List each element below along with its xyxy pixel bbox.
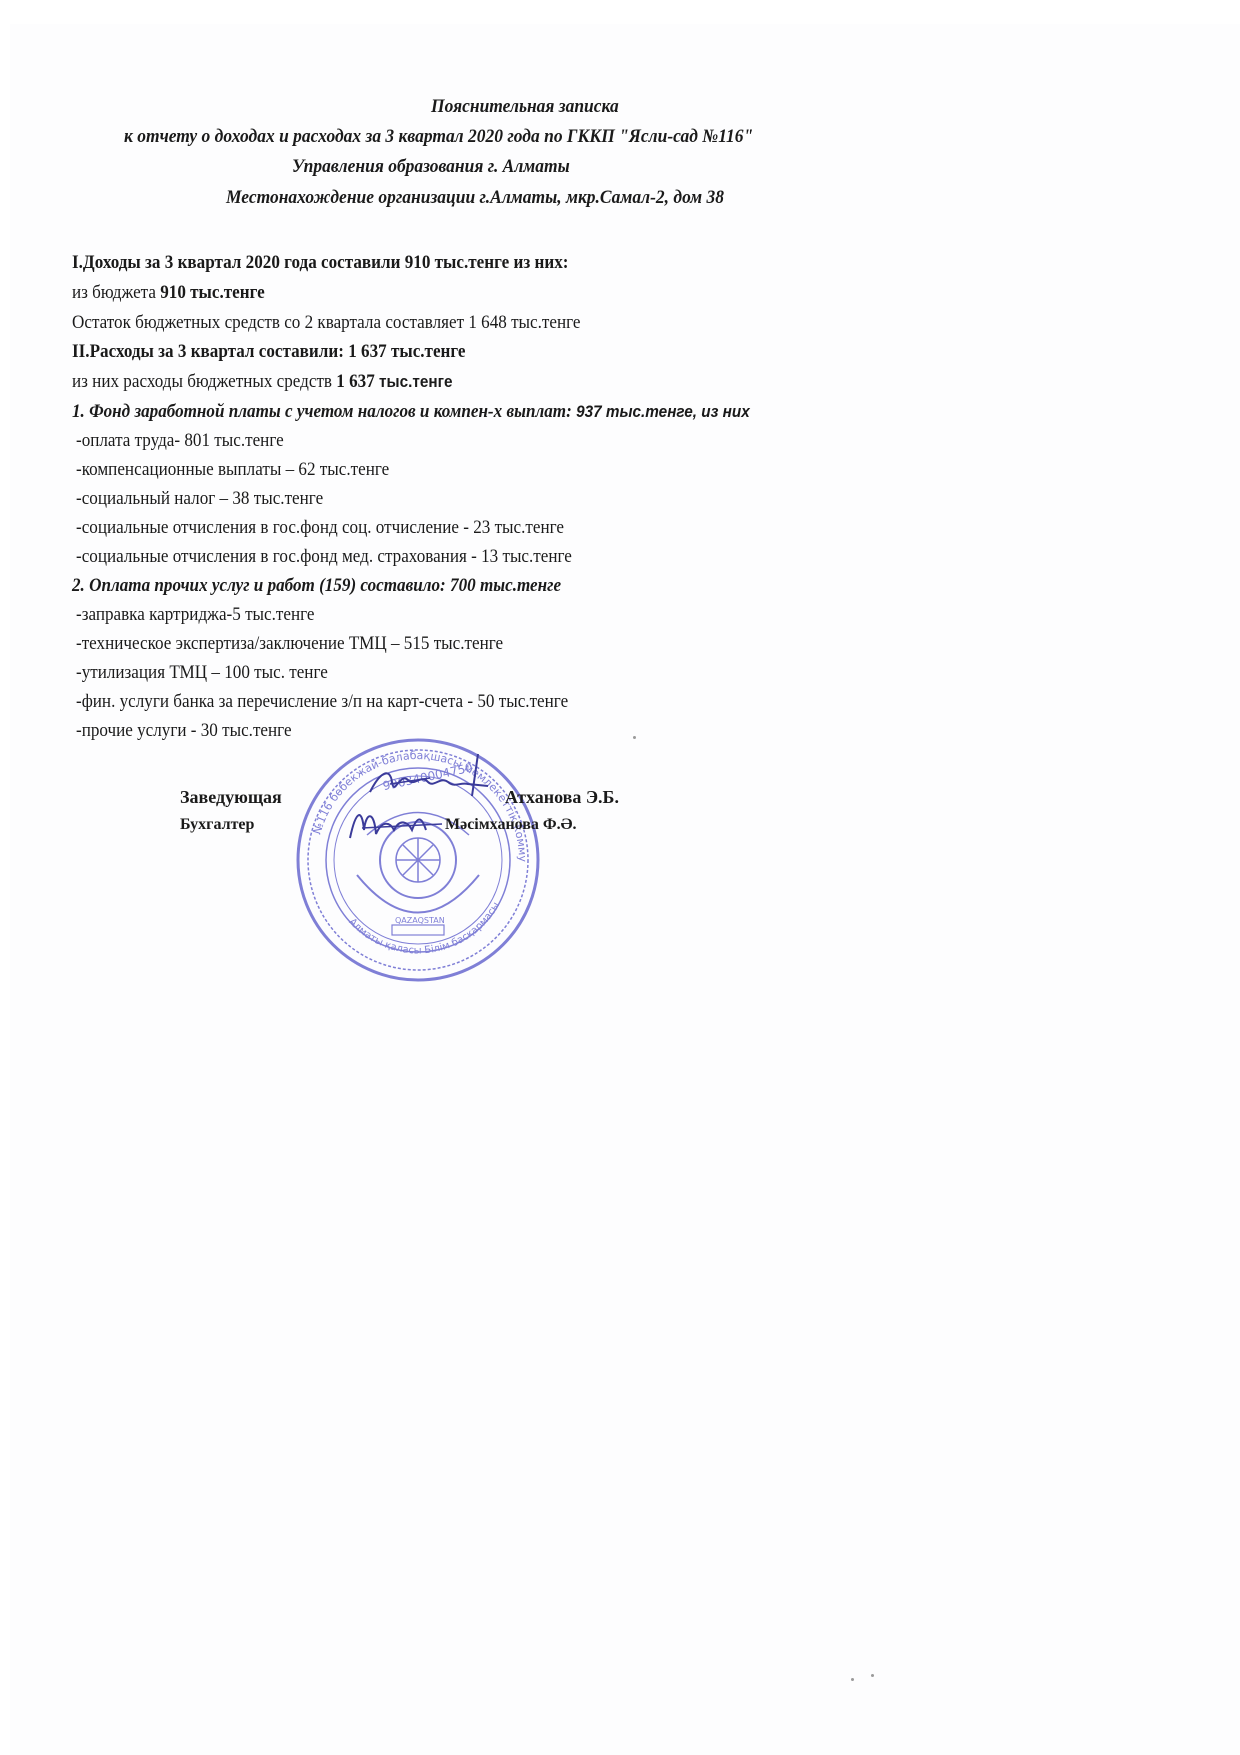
section-1-item: -оплата труда- 801 тыс.тенге (76, 430, 284, 452)
section-1-heading: 1. Фонд заработной платы с учетом налого… (72, 401, 750, 423)
section-2-heading: 2. Оплата прочих услуг и работ (159) сос… (72, 575, 561, 597)
section-1-item: -социальные отчисления в гос.фонд соц. о… (76, 517, 564, 539)
scan-speck (871, 1674, 874, 1677)
section-2-item: -заправка картриджа-5 тыс.тенге (76, 604, 314, 626)
scan-speck (851, 1678, 854, 1681)
section-2-item: -утилизация ТМЦ – 100 тыс. тенге (76, 662, 328, 684)
section-1-item: -социальный налог – 38 тыс.тенге (76, 488, 323, 510)
section-1-item: -социальные отчисления в гос.фонд мед. с… (76, 546, 572, 568)
stamp-center-text: QAZAQSTAN (395, 916, 445, 925)
signature-role-head: Заведующая (180, 787, 282, 808)
income-heading: I.Доходы за 3 квартал 2020 года составил… (72, 252, 568, 274)
section-2-item: -прочие услуги - 30 тыс.тенге (76, 720, 292, 742)
document-subtitle-1: к отчету о доходах и расходах за 3 кварт… (124, 126, 753, 148)
document-subtitle-2: Управления образования г. Алматы (292, 156, 570, 178)
expenses-heading: II.Расходы за 3 квартал составили: 1 637… (72, 341, 466, 363)
expenses-budget: из них расходы бюджетных средств 1 637 т… (72, 371, 452, 393)
accountant-signature-icon (342, 800, 452, 845)
document-title: Пояснительная записка (431, 96, 619, 118)
income-from-budget-label: из бюджета (72, 282, 160, 303)
section-2-item: -техническое экспертиза/заключение ТМЦ –… (76, 633, 503, 655)
signature-name-head: Атханова Э.Б. (505, 787, 619, 808)
signature-name-accountant: Мәсімханова Ф.Ә. (445, 816, 576, 834)
income-from-budget-value: 910 тыс.тенге (160, 282, 265, 303)
expenses-budget-value: 1 637 (336, 371, 379, 392)
expenses-budget-unit: тыс.тенге (379, 372, 452, 391)
section-1-item: -компенсационные выплаты – 62 тыс.тенге (76, 459, 389, 481)
section-1-heading-total: 937 тыс.тенге, из них (576, 402, 750, 421)
signature-role-accountant: Бухгалтер (180, 816, 254, 834)
document-subtitle-3: Местонахождение организации г.Алматы, мк… (226, 187, 724, 209)
scan-speck (633, 736, 636, 739)
income-from-budget: из бюджета 910 тыс.тенге (72, 282, 265, 304)
section-1-heading-text: 1. Фонд заработной платы с учетом налого… (72, 401, 576, 422)
expenses-budget-label: из них расходы бюджетных средств (72, 371, 336, 392)
section-2-item: -фин. услуги банка за перечисление з/п н… (76, 691, 568, 713)
income-remainder: Остаток бюджетных средств со 2 квартала … (72, 312, 581, 334)
